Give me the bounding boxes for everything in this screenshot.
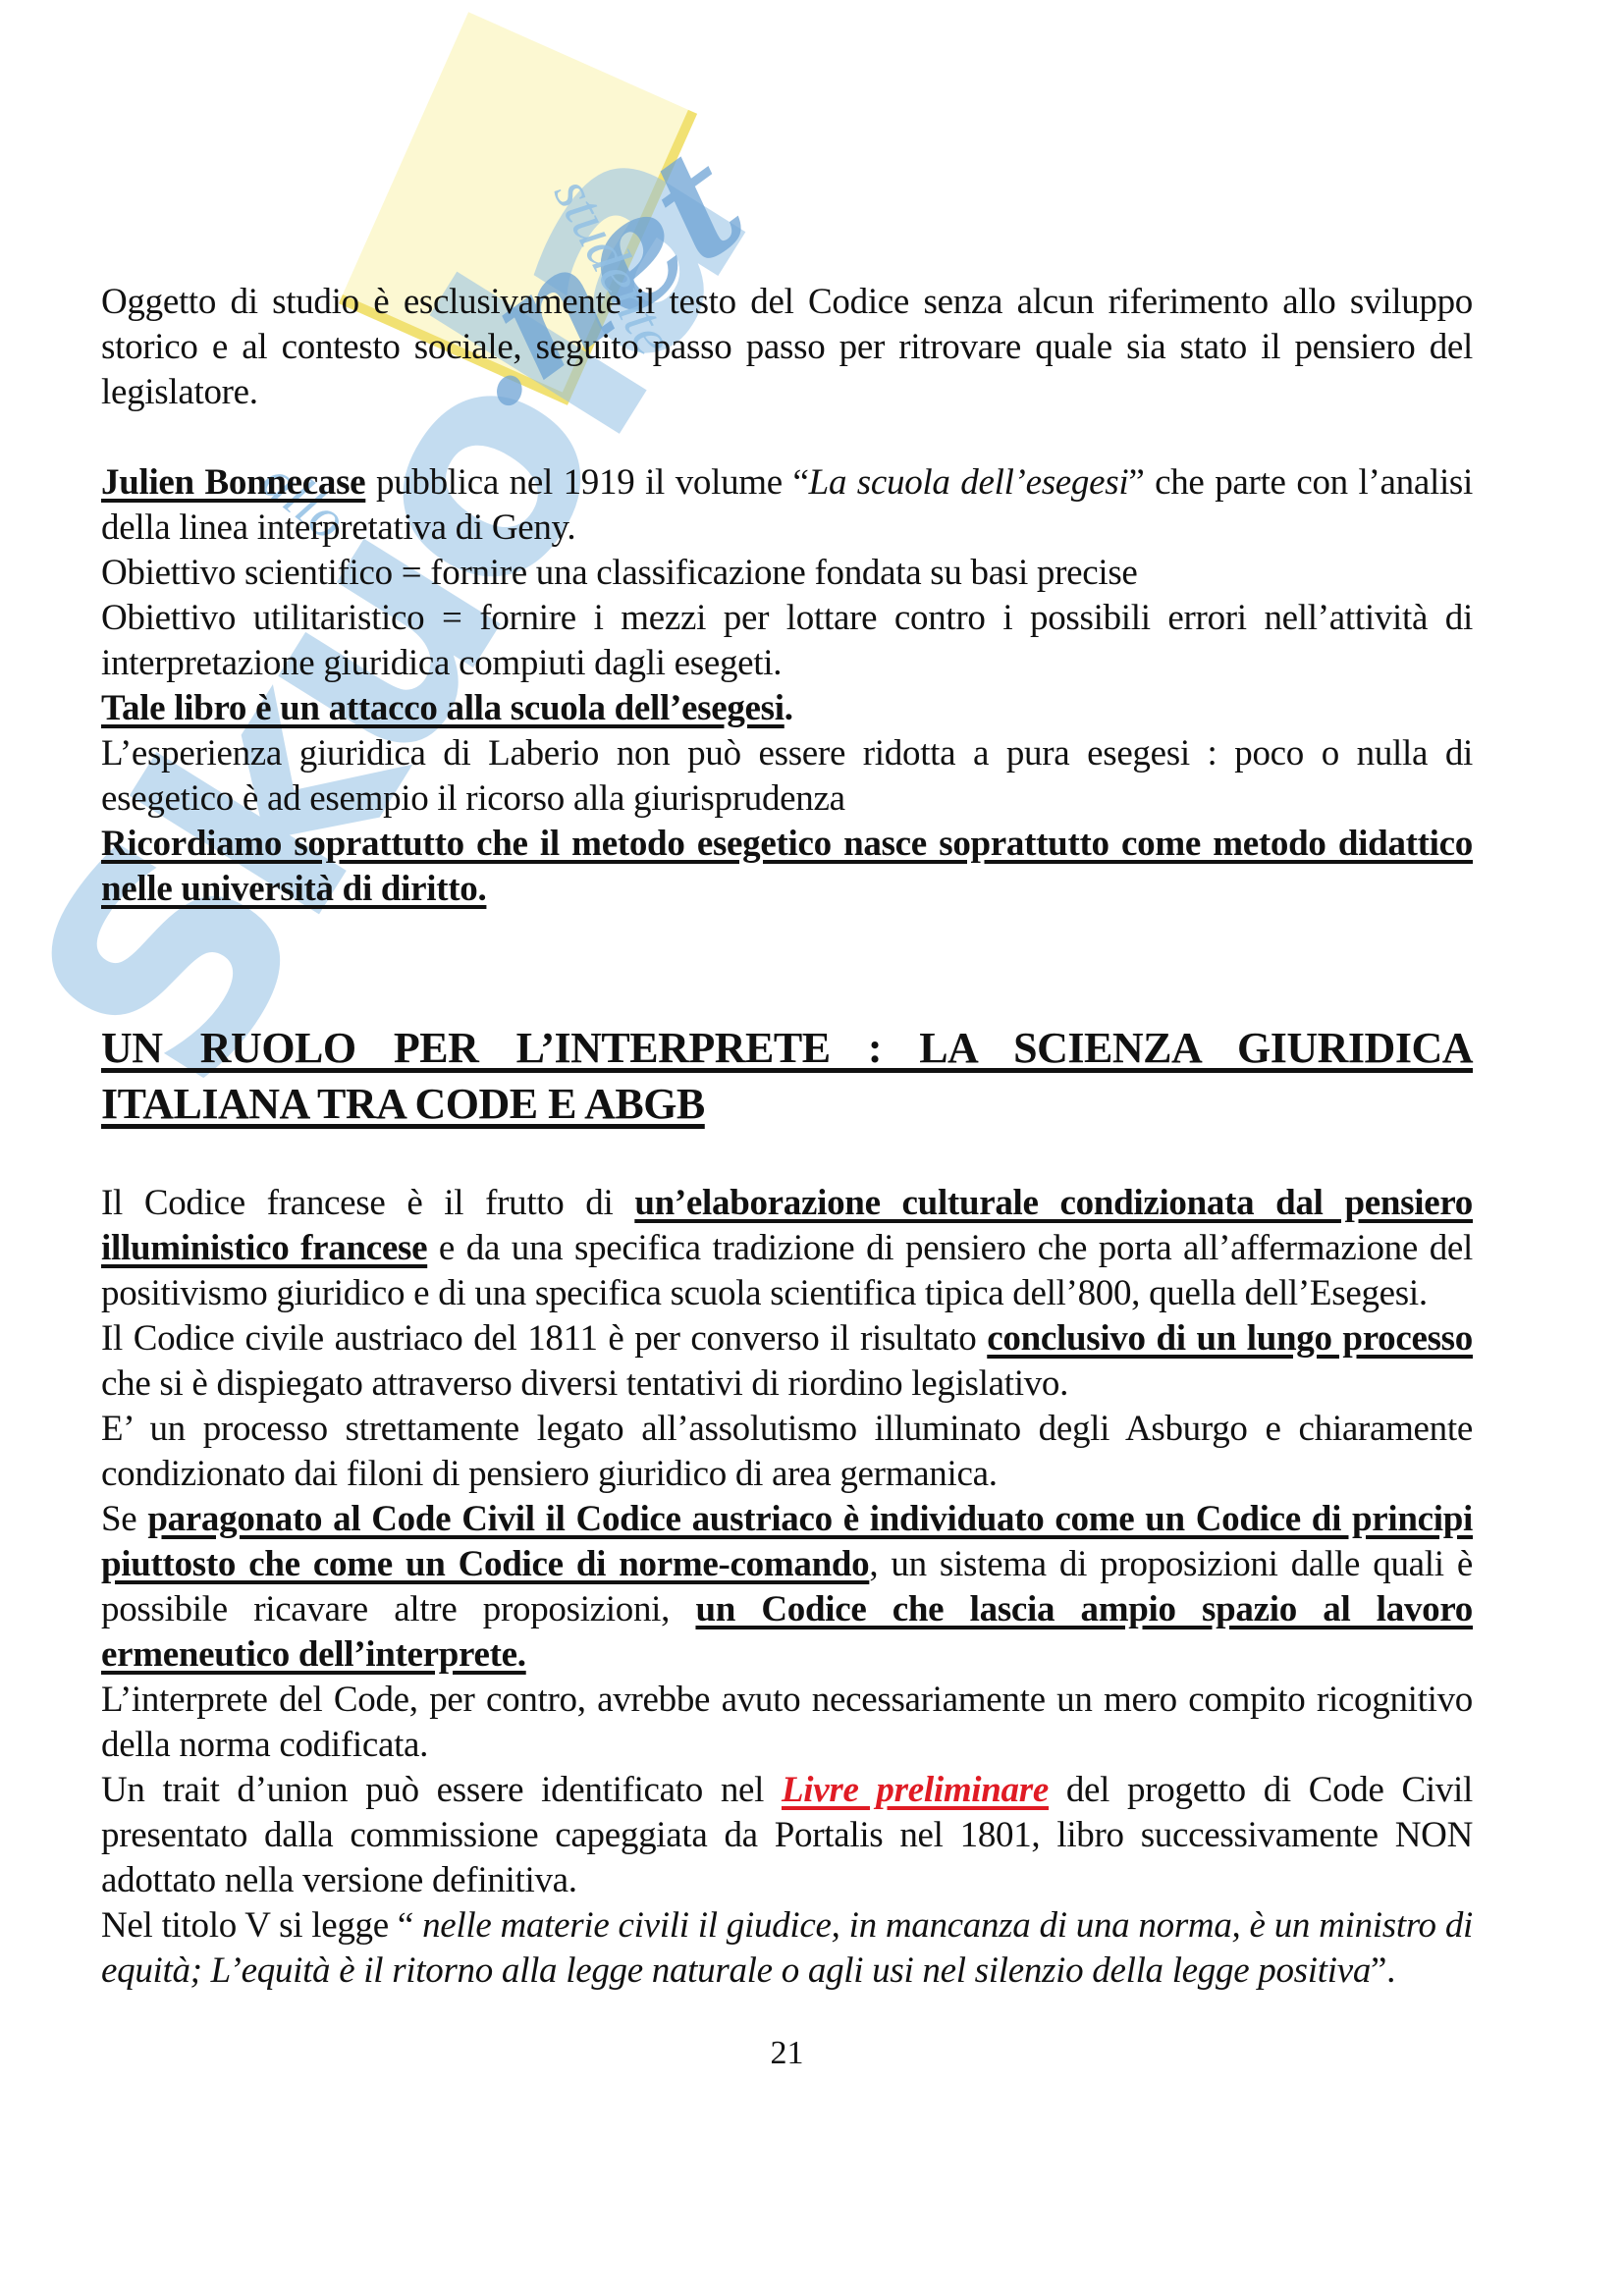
text-segment: E’ un processo strettamente legato all’a… — [101, 1409, 1473, 1494]
text-paragraph: Obiettivo utilitaristico = fornire i mez… — [101, 596, 1473, 686]
text-segment: . — [784, 688, 793, 728]
text-segment: UN RUOLO PER L’INTERPRETE : LA SCIENZA G… — [101, 1024, 1473, 1128]
text-paragraph: Se paragonato al Code Civil il Codice au… — [101, 1497, 1473, 1678]
text-segment: Il Codice civile austriaco del 1811 è pe… — [101, 1318, 987, 1359]
text-segment: Nel titolo V si legge “ — [101, 1905, 422, 1946]
text-segment: Ricordiamo soprattutto che il metodo ese… — [101, 824, 1473, 909]
text-segment: che si è dispiegato attraverso diversi t… — [101, 1363, 1068, 1404]
document-body: Oggetto di studio è esclusivamente il te… — [0, 0, 1623, 2072]
text-paragraph: L’esperienza giuridica di Laberio non pu… — [101, 731, 1473, 822]
text-paragraph: Oggetto di studio è esclusivamente il te… — [101, 280, 1473, 415]
text-segment: Obiettivo utilitaristico = fornire i mez… — [101, 598, 1473, 683]
text-paragraph: Ricordiamo soprattutto che il metodo ese… — [101, 822, 1473, 912]
text-segment: pubblica nel 1919 il volume “ — [365, 462, 808, 503]
text-segment: L’esperienza giuridica di Laberio non pu… — [101, 733, 1473, 819]
text-paragraph: Nel titolo V si legge “ nelle materie ci… — [101, 1903, 1473, 1994]
text-segment: conclusivo di un lungo processo — [987, 1318, 1473, 1359]
text-paragraph: Un trait d’union può essere identificato… — [101, 1768, 1473, 1903]
paragraph-spacer — [101, 912, 1473, 1020]
text-segment: Oggetto di studio è esclusivamente il te… — [101, 282, 1473, 412]
text-segment: L’interprete del Code, per contro, avreb… — [101, 1680, 1473, 1765]
page-number: 21 — [101, 2035, 1473, 2072]
section-heading: UN RUOLO PER L’INTERPRETE : LA SCIENZA G… — [101, 1020, 1473, 1132]
text-segment: La scuola dell’esegesi — [809, 462, 1129, 503]
text-paragraph: E’ un processo strettamente legato all’a… — [101, 1407, 1473, 1497]
text-paragraph: Tale libro è un attacco alla scuola dell… — [101, 686, 1473, 731]
text-segment: Tale libro è un attacco alla scuola dell… — [101, 688, 784, 728]
text-segment: Il Codice francese è il frutto di — [101, 1183, 634, 1223]
text-paragraph: Julien Bonnecase pubblica nel 1919 il vo… — [101, 460, 1473, 551]
text-segment: ”. — [1371, 1950, 1395, 1991]
document-page: Skuola .net allo studente Oggetto di stu… — [0, 0, 1623, 2296]
paragraph-spacer — [101, 1132, 1473, 1181]
text-paragraph: Il Codice francese è il frutto di un’ela… — [101, 1181, 1473, 1316]
text-segment: Se — [101, 1499, 147, 1539]
text-segment: Un trait d’union può essere identificato… — [101, 1770, 782, 1810]
text-paragraph: Il Codice civile austriaco del 1811 è pe… — [101, 1316, 1473, 1407]
text-paragraph: Obiettivo scientifico = fornire una clas… — [101, 551, 1473, 596]
paragraph-spacer — [101, 415, 1473, 460]
text-segment: Obiettivo scientifico = fornire una clas… — [101, 553, 1138, 593]
text-paragraph: L’interprete del Code, per contro, avreb… — [101, 1678, 1473, 1768]
text-segment: Livre preliminare — [782, 1770, 1049, 1810]
text-segment: Julien Bonnecase — [101, 462, 365, 503]
